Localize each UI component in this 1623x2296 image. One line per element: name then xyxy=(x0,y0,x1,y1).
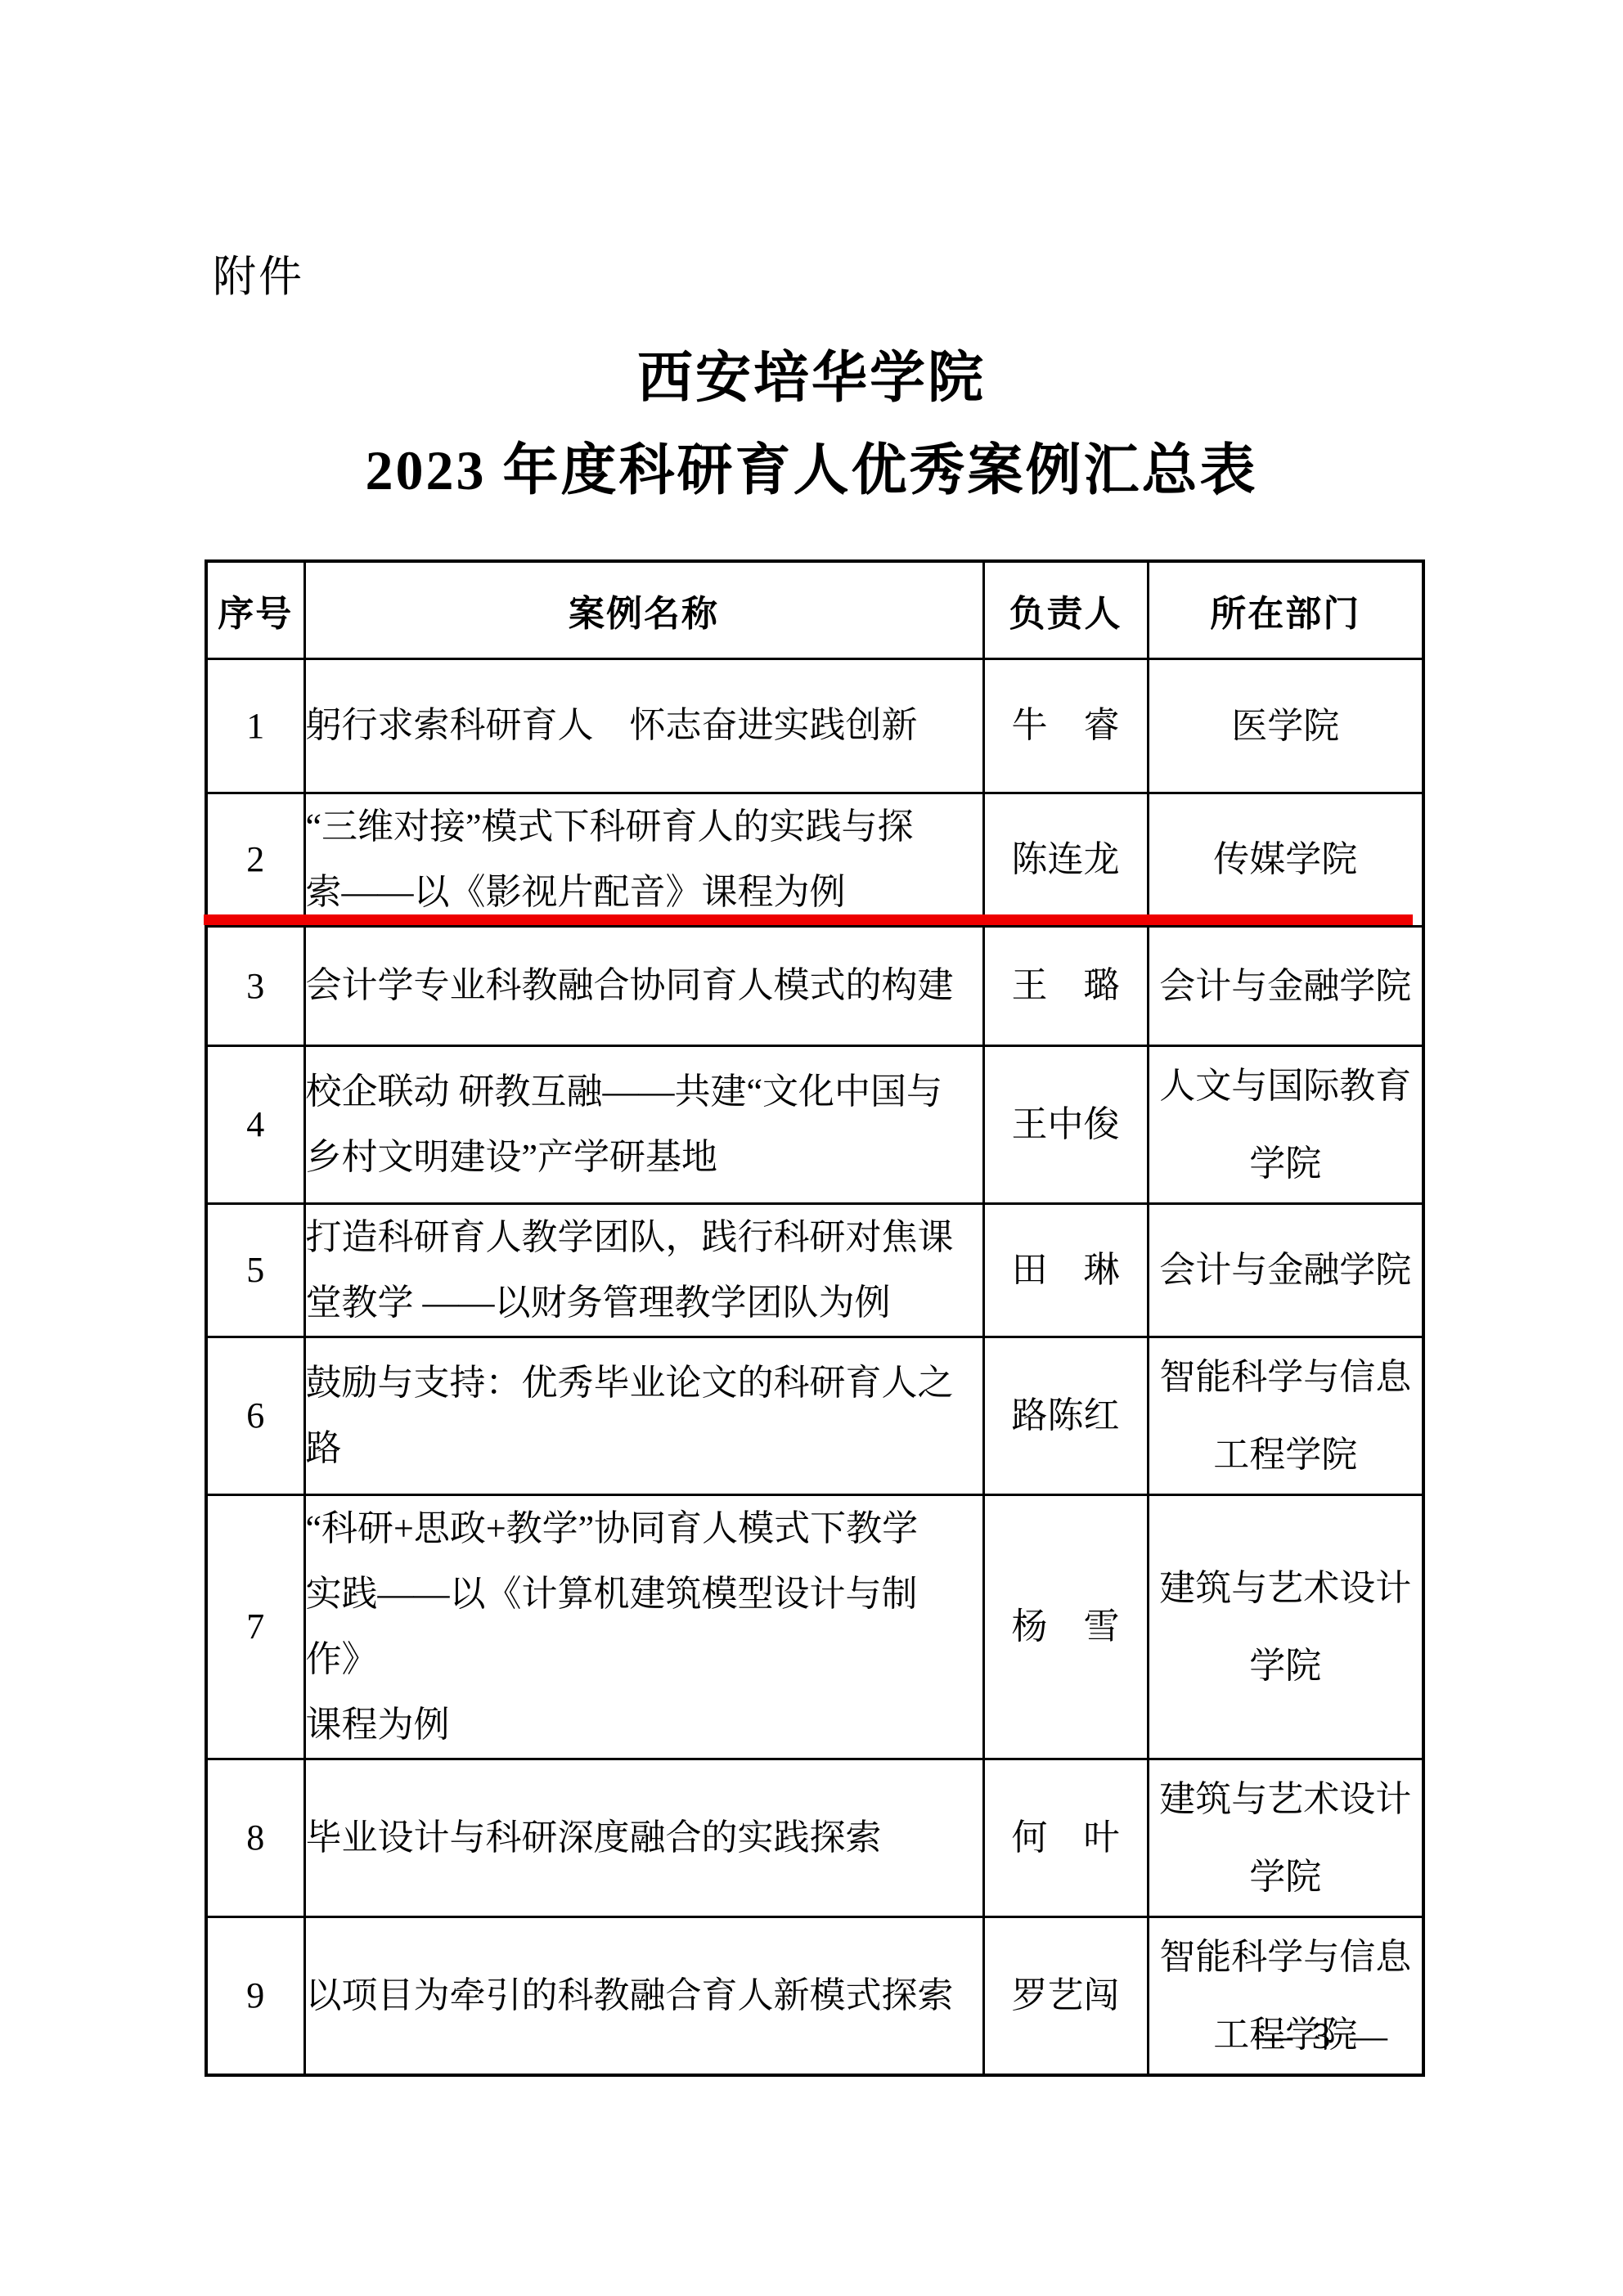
cell-case-name: 会计学专业科教融合协同育人模式的构建 xyxy=(304,926,983,1045)
cell-department: 传媒学院 xyxy=(1148,793,1423,926)
case-summary-table: 序号 案例名称 负责人 所在部门 1 躬行求索科研育人 怀志奋进实践创新 牛 睿… xyxy=(205,559,1425,2077)
cell-department: 会计与金融学院 xyxy=(1148,1203,1423,1337)
header-cell-department: 所在部门 xyxy=(1148,561,1423,658)
table-row: 5 打造科研育人教学团队，践行科研对焦课 堂教学 ——以财务管理教学团队为例 田… xyxy=(206,1203,1423,1337)
header-cell-case-name: 案例名称 xyxy=(304,561,983,658)
cell-person: 何 叶 xyxy=(983,1759,1148,1916)
document-page: 附件 西安培华学院 2023 年度科研育人优秀案例汇总表 序号 案例名称 负责人… xyxy=(0,0,1623,2296)
table-row: 2 “三维对接”模式下科研育人的实践与探 索——以《影视片配音》课程为例 陈连龙… xyxy=(206,793,1423,926)
cell-person: 王 璐 xyxy=(983,926,1148,1045)
cell-index: 7 xyxy=(206,1494,304,1759)
highlight-underline xyxy=(204,914,1413,925)
document-title-line1: 西安培华学院 xyxy=(0,334,1623,413)
table-row: 3 会计学专业科教融合协同育人模式的构建 王 璐 会计与金融学院 xyxy=(206,926,1423,1045)
cell-case-name: 校企联动 研教互融——共建“文化中国与 乡村文明建设”产学研基地 xyxy=(304,1045,983,1203)
cell-case-name: 鼓励与支持：优秀毕业论文的科研育人之 路 xyxy=(304,1337,983,1494)
document-title-line2: 2023 年度科研育人优秀案例汇总表 xyxy=(0,426,1623,505)
table-row: 1 躬行求索科研育人 怀志奋进实践创新 牛 睿 医学院 xyxy=(206,658,1423,793)
cell-person: 路陈红 xyxy=(983,1337,1148,1494)
cell-index: 8 xyxy=(206,1759,304,1916)
cell-person: 杨 雪 xyxy=(983,1494,1148,1759)
cell-person: 田 琳 xyxy=(983,1203,1148,1337)
cell-person: 陈连龙 xyxy=(983,793,1148,926)
cell-department: 人文与国际教育 学院 xyxy=(1148,1045,1423,1203)
header-cell-person: 负责人 xyxy=(983,561,1148,658)
cell-case-name: 毕业设计与科研深度融合的实践探索 xyxy=(304,1759,983,1916)
cell-index: 3 xyxy=(206,926,304,1045)
table-row: 7 “科研+思政+教学”协同育人模式下教学 实践——以《计算机建筑模型设计与制作… xyxy=(206,1494,1423,1759)
cell-index: 4 xyxy=(206,1045,304,1203)
attachment-label: 附件 xyxy=(213,242,304,304)
table-row: 8 毕业设计与科研深度融合的实践探索 何 叶 建筑与艺术设计 学院 xyxy=(206,1759,1423,1916)
cell-index: 5 xyxy=(206,1203,304,1337)
cell-index: 1 xyxy=(206,658,304,793)
cell-case-name: 打造科研育人教学团队，践行科研对焦课 堂教学 ——以财务管理教学团队为例 xyxy=(304,1203,983,1337)
cell-case-name: “科研+思政+教学”协同育人模式下教学 实践——以《计算机建筑模型设计与制作》 … xyxy=(304,1494,983,1759)
page-number: — 3 — xyxy=(1201,2014,1446,2057)
cell-case-name: “三维对接”模式下科研育人的实践与探 索——以《影视片配音》课程为例 xyxy=(304,793,983,926)
cell-index: 6 xyxy=(206,1337,304,1494)
cell-department: 医学院 xyxy=(1148,658,1423,793)
cell-case-name: 以项目为牵引的科教融合育人新模式探索 xyxy=(304,1916,983,2075)
table-row: 6 鼓励与支持：优秀毕业论文的科研育人之 路 路陈红 智能科学与信息 工程学院 xyxy=(206,1337,1423,1494)
table-header-row: 序号 案例名称 负责人 所在部门 xyxy=(206,561,1423,658)
cell-department: 建筑与艺术设计 学院 xyxy=(1148,1759,1423,1916)
cell-person: 罗艺闯 xyxy=(983,1916,1148,2075)
cell-department: 建筑与艺术设计 学院 xyxy=(1148,1494,1423,1759)
cell-person: 王中俊 xyxy=(983,1045,1148,1203)
header-cell-index: 序号 xyxy=(206,561,304,658)
cell-case-name: 躬行求索科研育人 怀志奋进实践创新 xyxy=(304,658,983,793)
table-row: 4 校企联动 研教互融——共建“文化中国与 乡村文明建设”产学研基地 王中俊 人… xyxy=(206,1045,1423,1203)
cell-department: 智能科学与信息 工程学院 xyxy=(1148,1337,1423,1494)
cell-department: 会计与金融学院 xyxy=(1148,926,1423,1045)
cell-index: 2 xyxy=(206,793,304,926)
cell-index: 9 xyxy=(206,1916,304,2075)
cell-person: 牛 睿 xyxy=(983,658,1148,793)
